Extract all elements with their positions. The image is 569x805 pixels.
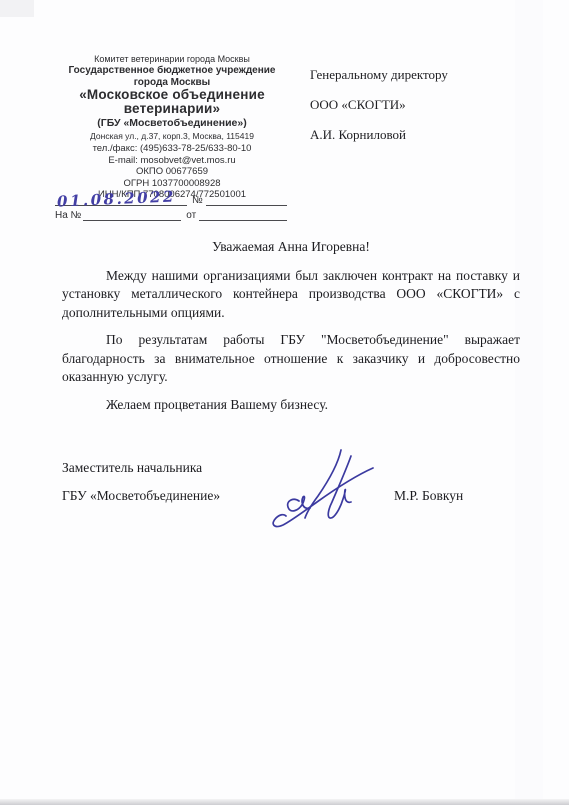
reply-number-label: На №	[55, 210, 83, 221]
letterhead-org-name-2: ветеринарии»	[32, 102, 312, 116]
letterhead-committee: Комитет ветеринарии города Москвы	[32, 53, 312, 65]
scan-artifact-bottom-edge	[0, 799, 569, 805]
scan-artifact-corner	[0, 0, 34, 17]
reference-row-date: 01.08.2022 №	[55, 192, 287, 206]
addressee-company: ООО «СКОГТИ»	[310, 97, 520, 113]
reply-date-underline	[199, 208, 287, 221]
letterhead-org-type-1: Государственное бюджетное учреждение	[32, 65, 312, 77]
paragraph-gratitude: По результатам работы ГБУ "Мосветобъедин…	[62, 331, 520, 387]
signature-ink-icon	[255, 440, 380, 535]
scanned-letter-page: Комитет ветеринарии города Москвы Госуда…	[0, 0, 569, 805]
letterhead: Комитет ветеринарии города Москвы Госуда…	[32, 53, 312, 201]
letter-body: Уважаемая Анна Игоревна! Между нашими ор…	[62, 238, 520, 423]
letterhead-address: Донская ул., д.37, корп.3, Москва, 11541…	[32, 130, 312, 143]
letterhead-okpo: ОКПО 00677659	[32, 166, 312, 178]
addressee-name: А.И. Корниловой	[310, 127, 520, 143]
signature-block: Заместитель начальника ГБУ «Мосветобъеди…	[62, 460, 520, 580]
addressee-block: Генеральному директору ООО «СКОГТИ» А.И.…	[310, 67, 520, 157]
letterhead-email: E-mail: mosobvet@vet.mos.ru	[32, 155, 312, 167]
reference-lines: 01.08.2022 № На № от	[55, 192, 287, 221]
signer-name: М.Р. Бовкун	[394, 488, 463, 504]
letterhead-phone-fax: тел./факс: (495)633-78-25/633-80-10	[32, 143, 312, 155]
paragraph-wishes: Желаем процветания Вашему бизнесу.	[62, 396, 520, 415]
number-sign-label: №	[187, 195, 206, 206]
number-underline	[206, 193, 287, 206]
reply-number-underline	[83, 208, 181, 221]
signer-position-line1: Заместитель начальника	[62, 460, 202, 476]
signer-position-line2: ГБУ «Мосветобъединение»	[62, 488, 220, 504]
salutation: Уважаемая Анна Игоревна!	[62, 238, 520, 257]
reply-from-label: от	[181, 210, 199, 221]
addressee-title: Генеральному директору	[310, 67, 520, 83]
paragraph-contract: Между нашими организациями был заключен …	[62, 267, 520, 323]
date-underline: 01.08.2022	[55, 193, 187, 206]
letterhead-org-short-name: (ГБУ «Мосветобъединение»)	[32, 116, 312, 130]
letterhead-org-name-1: «Московское объединение	[32, 88, 312, 102]
